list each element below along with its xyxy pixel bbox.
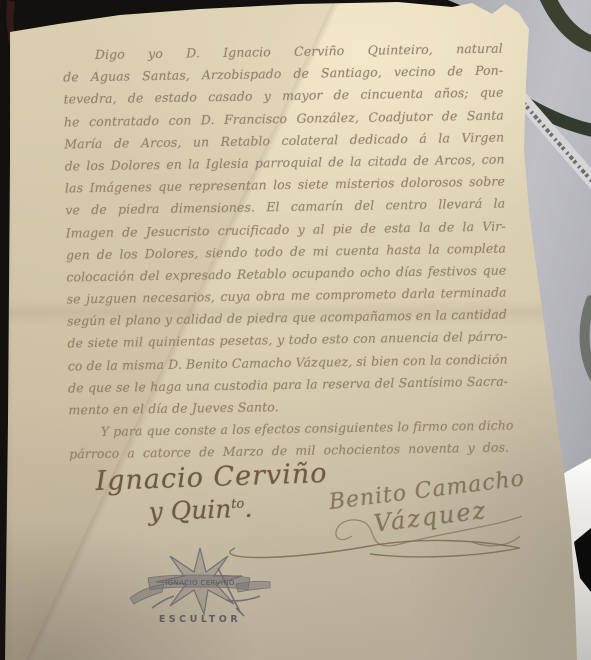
sculptor-stamp: IGNACIO CERVIÑO ESCULTOR	[122, 542, 278, 630]
stamp-ribbon-right-2	[226, 596, 260, 601]
stamp-title-text: ESCULTOR	[159, 614, 241, 625]
stamp-name-text: IGNACIO CERVIÑO	[165, 578, 235, 587]
photo-scene: Digo yo D. Ignacio Cerviño Quinteiro, na…	[0, 0, 591, 660]
manuscript-text: Digo yo D. Ignacio Cerviño Quinteiro, na…	[63, 38, 510, 466]
signature-ignacio-cervino: Ignacio Cerviño y Quinto.	[95, 458, 329, 528]
